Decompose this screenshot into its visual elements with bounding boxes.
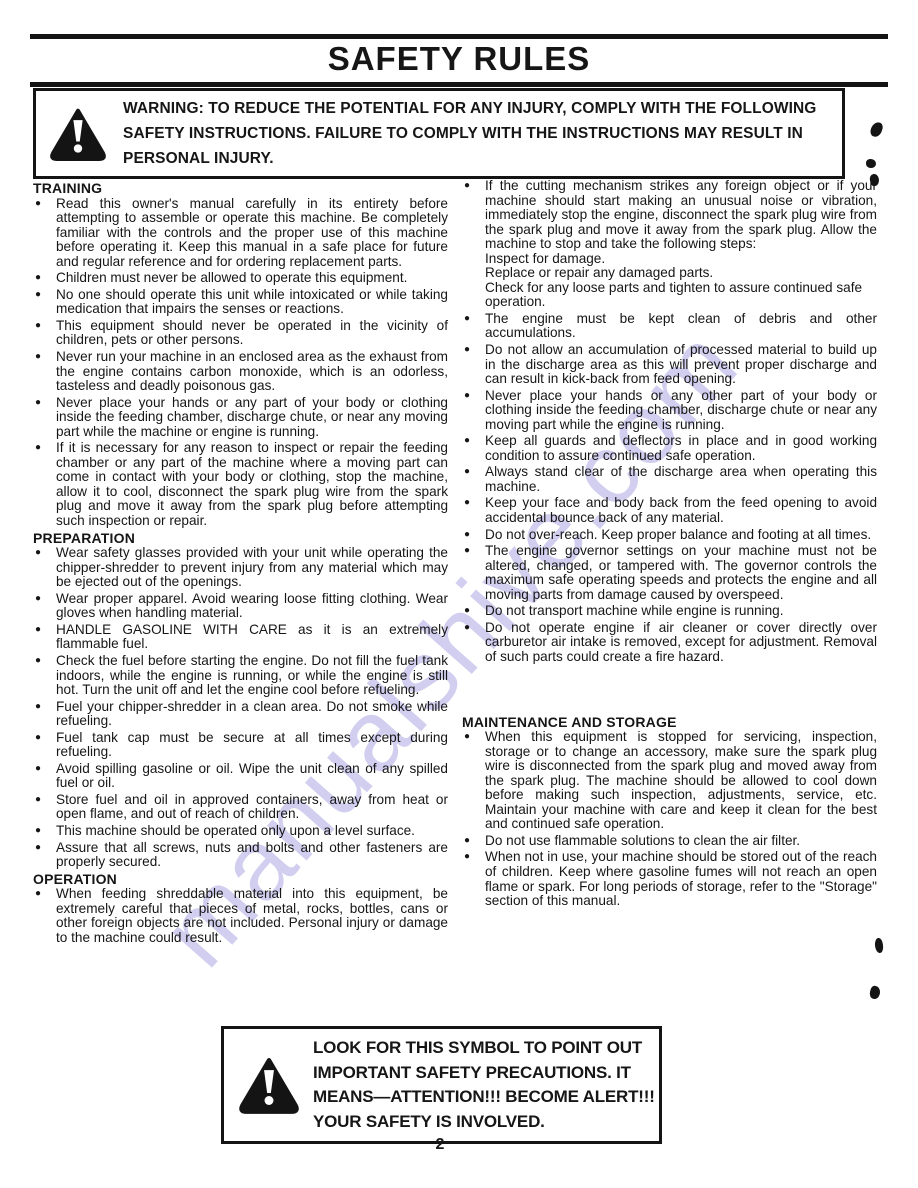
bullet-item: ●Keep your face and body back from the f… [462, 496, 877, 525]
bullet-text: Wear proper apparel. Avoid wearing loose… [56, 592, 448, 621]
bullet-icon: ● [462, 312, 485, 341]
bullet-icon: ● [462, 434, 485, 463]
bullet-text: Wear safety glasses provided with your u… [56, 546, 448, 590]
bullet-text: Keep all guards and deflectors in place … [485, 434, 877, 463]
bullet-text: Do not allow an accumulation of processe… [485, 343, 877, 387]
warning-box: WARNING: TO REDUCE THE POTENTIAL FOR ANY… [33, 88, 845, 179]
bullet-icon: ● [33, 793, 56, 822]
bullet-icon: ● [33, 700, 56, 729]
bullet-item: ●No one should operate this unit while i… [33, 288, 448, 317]
scan-ink-artifact [869, 985, 882, 1000]
bullet-text: Do not use flammable solutions to clean … [485, 834, 877, 849]
bullet-item: ●Do not use flammable solutions to clean… [462, 834, 877, 849]
bullet-icon: ● [33, 841, 56, 870]
bullet-item: ●Always stand clear of the discharge are… [462, 465, 877, 494]
section-heading: OPERATION [33, 872, 448, 887]
bullet-item: ●Read this owner's manual carefully in i… [33, 197, 448, 270]
bullet-icon: ● [33, 762, 56, 791]
bullet-icon: ● [462, 544, 485, 602]
scan-ink-artifact [869, 173, 880, 187]
bullet-text: Do not operate engine if air cleaner or … [485, 621, 877, 665]
bullet-item: ●If the cutting mechanism strikes any fo… [462, 179, 877, 310]
bullet-subline: Check for any loose parts and tighten to… [485, 281, 877, 310]
bullet-text: Assure that all screws, nuts and bolts a… [56, 841, 448, 870]
bullet-item: ●This machine should be operated only up… [33, 824, 448, 839]
bullet-subline: Replace or repair any damaged parts. [485, 266, 877, 281]
bullet-item: ●Do not transport machine while engine i… [462, 604, 877, 619]
alert-symbol-text: LOOK FOR THIS SYMBOL TO POINT OUT IMPORT… [313, 1036, 655, 1134]
bullet-text: Never run your machine in an enclosed ar… [56, 350, 448, 394]
bullet-text: Store fuel and oil in approved container… [56, 793, 448, 822]
scan-ink-artifact [866, 159, 876, 168]
bullet-text: If it is necessary for any reason to ins… [56, 441, 448, 528]
bullet-item: ●Store fuel and oil in approved containe… [33, 793, 448, 822]
bullet-text: When feeding shreddable material into th… [56, 887, 448, 945]
bullet-icon: ● [33, 654, 56, 698]
bullet-icon: ● [462, 389, 485, 433]
bullet-text: When this equipment is stopped for servi… [485, 730, 877, 832]
bullet-text: The engine must be kept clean of debris … [485, 312, 877, 341]
bullet-icon: ● [33, 623, 56, 652]
bullet-icon: ● [462, 496, 485, 525]
bullet-icon: ● [33, 271, 56, 286]
section-heading: PREPARATION [33, 531, 448, 546]
bullet-text: Children must never be allowed to operat… [56, 271, 448, 286]
bullet-icon: ● [33, 546, 56, 590]
alert-symbol-box: LOOK FOR THIS SYMBOL TO POINT OUT IMPORT… [221, 1026, 662, 1144]
bullet-item: ●The engine governor settings on your ma… [462, 544, 877, 602]
bullet-item: ●Do not allow an accumulation of process… [462, 343, 877, 387]
bullet-icon: ● [33, 350, 56, 394]
bullet-item: ●Do not operate engine if air cleaner or… [462, 621, 877, 665]
bullet-item: ●Never place your hands or any other par… [462, 389, 877, 433]
warning-triangle-icon [238, 1056, 300, 1114]
bullet-icon: ● [462, 343, 485, 387]
safety-rules-columns: TRAINING●Read this owner's manual carefu… [33, 179, 877, 1026]
bullet-text: Do not transport machine while engine is… [485, 604, 877, 619]
bullet-icon: ● [462, 604, 485, 619]
bullet-icon: ● [33, 731, 56, 760]
bullet-text: When not in use, your machine should be … [485, 850, 877, 908]
bullet-text: Fuel your chipper-shredder in a clean ar… [56, 700, 448, 729]
bullet-item: ●Wear proper apparel. Avoid wearing loos… [33, 592, 448, 621]
bullet-icon: ● [33, 887, 56, 945]
bullet-item: ●Avoid spilling gasoline or oil. Wipe th… [33, 762, 448, 791]
bullet-item: ●Never place your hands or any part of y… [33, 396, 448, 440]
warning-triangle-icon [49, 107, 107, 161]
bullet-item: ●Assure that all screws, nuts and bolts … [33, 841, 448, 870]
bullet-text: HANDLE GASOLINE WITH CARE as it is an ex… [56, 623, 448, 652]
bullet-text: No one should operate this unit while in… [56, 288, 448, 317]
bullet-item: ●Check the fuel before starting the engi… [33, 654, 448, 698]
bullet-icon: ● [462, 528, 485, 543]
page-title: SAFETY RULES [30, 40, 888, 78]
bullet-item: ●Wear safety glasses provided with your … [33, 546, 448, 590]
bullet-text: This equipment should never be operated … [56, 319, 448, 348]
bullet-text: Do not over-reach. Keep proper balance a… [485, 528, 877, 543]
bullet-text: If the cutting mechanism strikes any for… [485, 179, 877, 310]
bullet-icon: ● [33, 592, 56, 621]
bullet-icon: ● [462, 465, 485, 494]
bullet-item: ●If it is necessary for any reason to in… [33, 441, 448, 528]
section-heading: TRAINING [33, 181, 448, 196]
column-spacer [462, 667, 877, 713]
bullet-subline: Inspect for damage. [485, 252, 877, 267]
bullet-text: Check the fuel before starting the engin… [56, 654, 448, 698]
bullet-item: ●HANDLE GASOLINE WITH CARE as it is an e… [33, 623, 448, 652]
bullet-icon: ● [33, 319, 56, 348]
bullet-item: ●The engine must be kept clean of debris… [462, 312, 877, 341]
bullet-item: ●When feeding shreddable material into t… [33, 887, 448, 945]
bullet-text: Avoid spilling gasoline or oil. Wipe the… [56, 762, 448, 791]
bullet-text: Read this owner's manual carefully in it… [56, 197, 448, 270]
bullet-icon: ● [33, 288, 56, 317]
bullet-text: Always stand clear of the discharge area… [485, 465, 877, 494]
bullet-icon: ● [462, 730, 485, 832]
bullet-icon: ● [33, 824, 56, 839]
bullet-item: ●Fuel your chipper-shredder in a clean a… [33, 700, 448, 729]
bullet-item: ●When not in use, your machine should be… [462, 850, 877, 908]
bullet-icon: ● [462, 621, 485, 665]
bullet-item: ●This equipment should never be operated… [33, 319, 448, 348]
bullet-item: ●Never run your machine in an enclosed a… [33, 350, 448, 394]
warning-text: WARNING: TO REDUCE THE POTENTIAL FOR ANY… [123, 96, 816, 171]
scan-ink-artifact [869, 121, 884, 139]
bullet-text: Never place your hands or any other part… [485, 389, 877, 433]
title-band: SAFETY RULES [30, 34, 888, 87]
bullet-icon: ● [462, 850, 485, 908]
bullet-item: ●Fuel tank cap must be secure at all tim… [33, 731, 448, 760]
right-column: ●If the cutting mechanism strikes any fo… [462, 179, 877, 1026]
bullet-text: Fuel tank cap must be secure at all time… [56, 731, 448, 760]
bullet-item: ●Do not over-reach. Keep proper balance … [462, 528, 877, 543]
bullet-item: ●Keep all guards and deflectors in place… [462, 434, 877, 463]
bullet-item: ●Children must never be allowed to opera… [33, 271, 448, 286]
bullet-icon: ● [462, 834, 485, 849]
bullet-text: Keep your face and body back from the fe… [485, 496, 877, 525]
bullet-text: This machine should be operated only upo… [56, 824, 448, 839]
bullet-text: The engine governor settings on your mac… [485, 544, 877, 602]
left-column: TRAINING●Read this owner's manual carefu… [33, 179, 448, 1026]
page-number: 2 [0, 1136, 880, 1154]
section-heading: MAINTENANCE AND STORAGE [462, 715, 877, 730]
bullet-item: ●When this equipment is stopped for serv… [462, 730, 877, 832]
bullet-icon: ● [462, 179, 485, 310]
bullet-icon: ● [33, 441, 56, 528]
bullet-icon: ● [33, 396, 56, 440]
bullet-icon: ● [33, 197, 56, 270]
bullet-text: Never place your hands or any part of yo… [56, 396, 448, 440]
